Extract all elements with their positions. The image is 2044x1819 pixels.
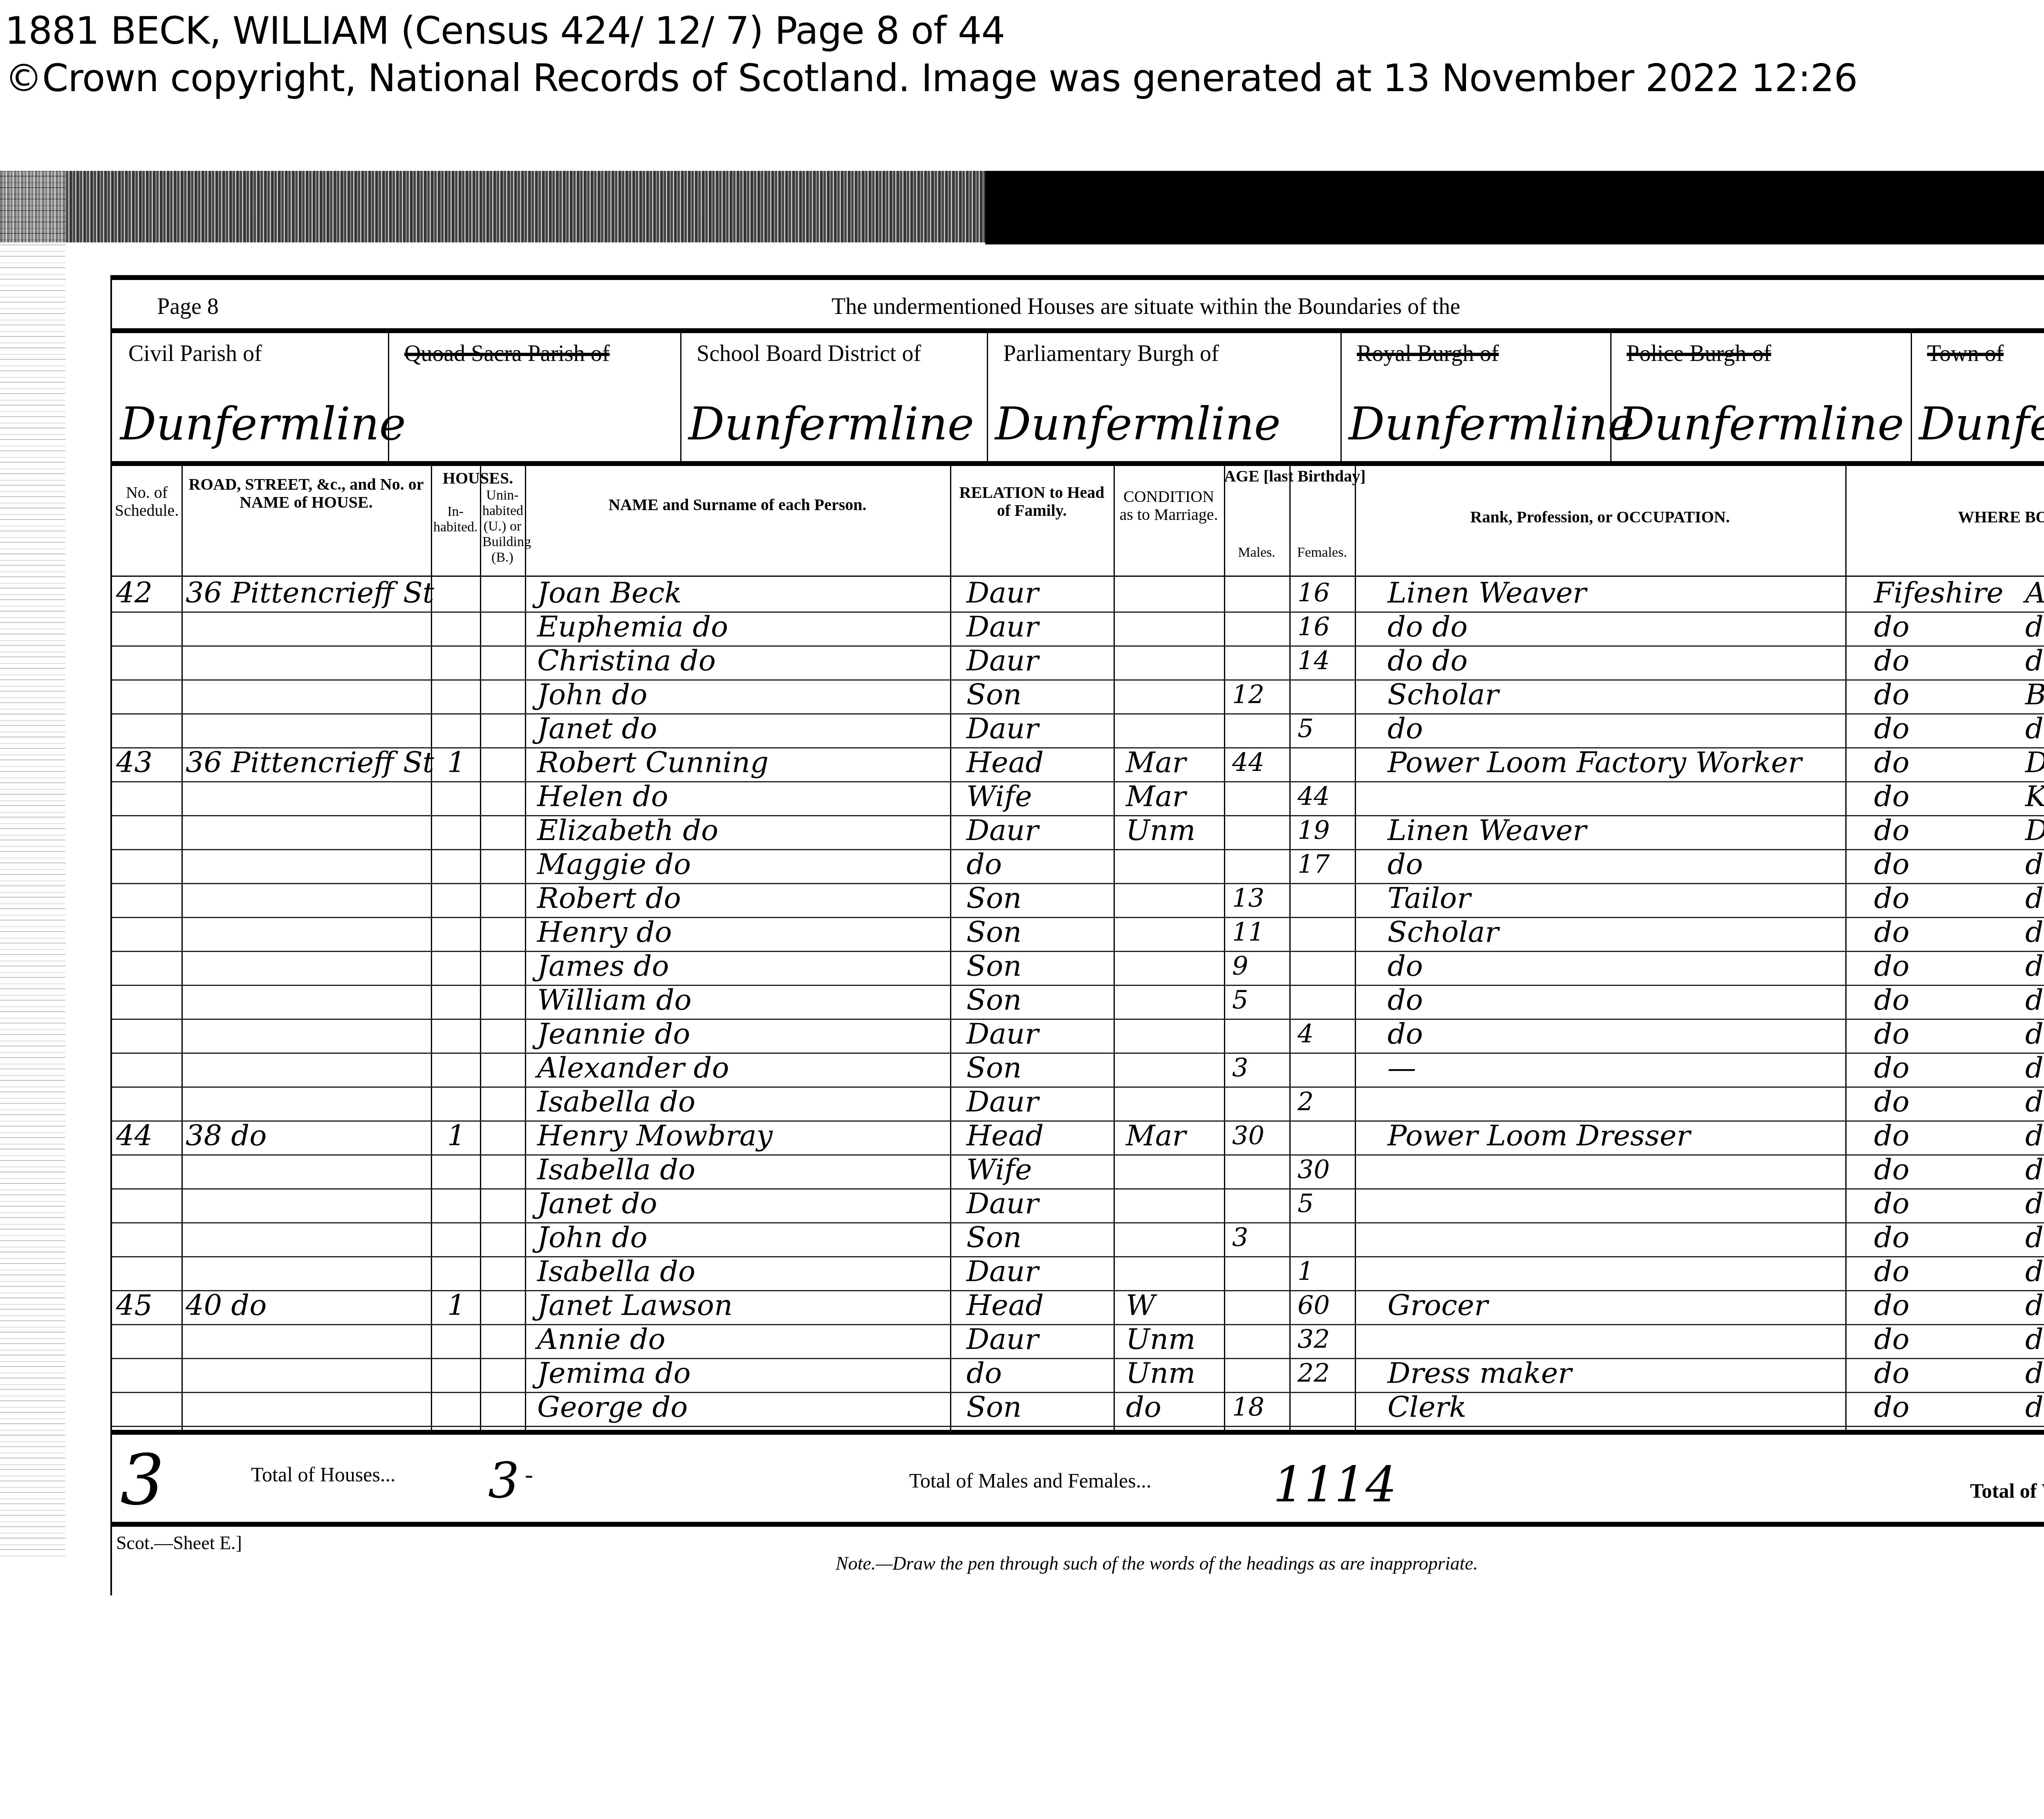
occupation: do do xyxy=(1387,608,1468,645)
row-rule xyxy=(112,1019,2044,1020)
birthplace-parish: do xyxy=(2025,1185,2044,1222)
birthplace-county: do xyxy=(1874,948,1910,984)
relation-to-head: Wife xyxy=(966,778,1032,815)
total-schedules: 3 xyxy=(120,1440,164,1521)
form-top-rule xyxy=(112,275,2044,280)
relation-to-head: Daur xyxy=(966,710,1038,747)
relation-to-head: Son xyxy=(966,1389,1022,1425)
row-rule xyxy=(112,849,2044,850)
birthplace-county: do xyxy=(1874,1083,1910,1120)
age-females-header: Females. xyxy=(1289,545,1355,560)
marital-condition: do xyxy=(1126,1389,1161,1425)
person-name: Jeannie do xyxy=(537,1015,690,1052)
occupation: Dress maker xyxy=(1387,1355,1572,1391)
birthplace-county: do xyxy=(1874,1389,1910,1425)
district-value: Dunfermline xyxy=(1618,398,1904,450)
schedule-number: 44 xyxy=(116,1117,152,1154)
birthplace-county: do xyxy=(1874,914,1910,950)
birthplace-parish: do xyxy=(2025,1287,2044,1324)
person-name: Janet Lawson xyxy=(537,1287,733,1324)
person-name: John do xyxy=(537,1219,648,1256)
birthplace-parish: do xyxy=(2025,914,2044,950)
column-divider xyxy=(480,461,481,1430)
relation-to-head: Daur xyxy=(966,642,1038,679)
person-name: Janet do xyxy=(537,1185,657,1222)
relation-to-head: Son xyxy=(966,914,1022,950)
birthplace-county: do xyxy=(1874,1117,1910,1154)
row-rule xyxy=(112,781,2044,782)
column-header-occupation: Rank, Profession, or OCCUPATION. xyxy=(1357,508,1843,526)
schedule-number: 43 xyxy=(116,744,152,781)
district-label: School Board District of xyxy=(697,341,921,367)
relation-to-head: do xyxy=(966,846,1002,883)
person-name: Henry do xyxy=(537,914,672,950)
birthplace-county: do xyxy=(1874,778,1910,815)
census-form: Page 8 The undermentioned Houses are sit… xyxy=(110,275,2044,1595)
relation-to-head: Daur xyxy=(966,1185,1038,1222)
male-age: 11 xyxy=(1232,914,1264,950)
person-name: George do xyxy=(537,1389,688,1425)
female-age: 14 xyxy=(1298,642,1330,679)
district-divider xyxy=(1340,328,1342,461)
birthplace-county: do xyxy=(1874,846,1910,883)
person-name: Isabella do xyxy=(537,1253,695,1290)
relation-to-head: Son xyxy=(966,981,1022,1018)
relation-to-head: Head xyxy=(966,1287,1044,1324)
occupation: Scholar xyxy=(1387,914,1499,950)
district-rule xyxy=(112,461,2044,466)
birthplace-county: do xyxy=(1874,642,1910,679)
female-age: 60 xyxy=(1298,1287,1330,1324)
age-males-header: Males. xyxy=(1224,545,1289,560)
person-name: Annie do xyxy=(537,1321,666,1358)
marital-condition: Unm xyxy=(1126,1355,1195,1391)
birthplace-county: do xyxy=(1874,812,1910,849)
district-divider xyxy=(1911,328,1912,461)
male-age: 3 xyxy=(1232,1219,1248,1256)
female-age: 16 xyxy=(1298,574,1330,611)
district-divider xyxy=(1610,328,1611,461)
female-age: 4 xyxy=(1298,1015,1313,1052)
person-name: Alexander do xyxy=(537,1049,729,1086)
relation-to-head: Son xyxy=(966,948,1022,984)
row-rule xyxy=(112,1154,2044,1156)
row-rule xyxy=(112,985,2044,986)
birthplace-parish: Auchterderran xyxy=(2025,574,2044,611)
relation-to-head: Daur xyxy=(966,608,1038,645)
male-age: 3 xyxy=(1232,1049,1248,1086)
birthplace-county: do xyxy=(1874,608,1910,645)
column-header-condition: CONDITION as to Marriage. xyxy=(1116,488,1221,524)
schedule-number: 45 xyxy=(116,1287,152,1324)
marital-condition: Unm xyxy=(1126,1321,1195,1358)
total-houses-label: Total of Houses... xyxy=(251,1463,395,1486)
male-age: 44 xyxy=(1232,744,1264,781)
column-header-name: NAME and Surname of each Person. xyxy=(527,496,948,514)
marital-condition: W xyxy=(1126,1287,1155,1324)
district-value: Dunfermline xyxy=(995,398,1281,450)
person-name: Isabella do xyxy=(537,1151,695,1188)
total-males: 11 xyxy=(1273,1456,1336,1513)
occupation: Tailor xyxy=(1387,880,1470,916)
marital-condition: Mar xyxy=(1126,1117,1186,1154)
female-age: 32 xyxy=(1298,1321,1330,1358)
total-persons-label: Total of Males and Females... xyxy=(909,1469,1151,1492)
occupation: do xyxy=(1387,846,1423,883)
relation-to-head: do xyxy=(966,1355,1002,1391)
person-name: James do xyxy=(537,948,669,984)
total-houses-inhabited: 3 xyxy=(488,1452,519,1509)
column-divider xyxy=(1224,461,1225,1430)
birthplace-county: do xyxy=(1874,1151,1910,1188)
relation-to-head: Wife xyxy=(966,1151,1032,1188)
relation-to-head: Son xyxy=(966,676,1022,713)
schedule-number: 42 xyxy=(116,574,152,611)
birthplace-county: do xyxy=(1874,1253,1910,1290)
district-label: Quoad Sacra Parish of xyxy=(404,341,610,367)
birthplace-parish: do xyxy=(2025,1219,2044,1256)
district-value: Dunfermline xyxy=(120,398,406,450)
person-name: John do xyxy=(537,676,648,713)
person-name: Euphemia do xyxy=(537,608,728,645)
occupation: — xyxy=(1387,1049,1416,1086)
district-value: Dunfermline xyxy=(1919,398,2044,450)
birthplace-county: do xyxy=(1874,1219,1910,1256)
row-rule xyxy=(112,1358,2044,1359)
caption-copyright: ©Crown copyright, National Records of Sc… xyxy=(5,55,1857,102)
house-address: 36 Pittencrieff St xyxy=(186,574,434,611)
district-divider xyxy=(388,328,389,461)
occupation: Grocer xyxy=(1387,1287,1488,1324)
birthplace-county: do xyxy=(1874,1049,1910,1086)
relation-to-head: Son xyxy=(966,1219,1022,1256)
birthplace-parish: do xyxy=(2025,1049,2044,1086)
marital-condition: Unm xyxy=(1126,812,1195,849)
district-value: Dunfermline xyxy=(1349,398,1634,450)
birthplace-parish: Kirkcaldy xyxy=(2025,778,2044,815)
occupation: do do xyxy=(1387,642,1468,679)
footnote: Note.—Draw the pen through such of the w… xyxy=(836,1552,1478,1574)
birthplace-county: do xyxy=(1874,1015,1910,1052)
birthplace-parish: do xyxy=(2025,710,2044,747)
female-age: 16 xyxy=(1298,608,1330,645)
column-divider xyxy=(1355,461,1356,1430)
relation-to-head: Daur xyxy=(966,1015,1038,1052)
birthplace-parish: do xyxy=(2025,608,2044,645)
male-age: 12 xyxy=(1232,676,1264,713)
birthplace-parish: do xyxy=(2025,1389,2044,1425)
occupation: Power Loom Factory Worker xyxy=(1387,744,1802,781)
row-rule xyxy=(112,1426,2044,1427)
column-header-road: ROAD, STREET, &c., and No. or NAME of HO… xyxy=(184,475,428,511)
column-divider xyxy=(950,461,951,1430)
relation-to-head: Daur xyxy=(966,1321,1038,1358)
inhabited-count: 1 xyxy=(447,1287,466,1324)
birthplace-parish: do xyxy=(2025,880,2044,916)
male-age: 30 xyxy=(1232,1117,1264,1154)
row-rule xyxy=(112,1053,2044,1054)
birthplace-parish: do xyxy=(2025,846,2044,883)
row-rule xyxy=(112,917,2044,918)
district-label: Police Burgh of xyxy=(1627,341,1771,367)
row-rule xyxy=(112,883,2044,884)
birthplace-county: do xyxy=(1874,880,1910,916)
header-rule xyxy=(112,328,2044,333)
relation-to-head: Head xyxy=(966,1117,1044,1154)
male-age: 18 xyxy=(1232,1389,1264,1425)
totals-top-rule xyxy=(112,1430,2044,1435)
row-rule xyxy=(112,1324,2044,1325)
caption-title: 1881 BECK, WILLIAM (Census 424/ 12/ 7) P… xyxy=(5,7,1005,55)
person-name: Isabella do xyxy=(537,1083,695,1120)
male-age: 9 xyxy=(1232,948,1248,984)
birthplace-county: Fifeshire xyxy=(1874,574,2004,611)
column-header-uninhabited: Unin-habited (U.) or Building (B.) xyxy=(482,488,522,565)
occupation: Power Loom Dresser xyxy=(1387,1117,1690,1154)
birthplace-parish: do xyxy=(2025,642,2044,679)
column-divider xyxy=(1289,461,1291,1430)
person-name: Joan Beck xyxy=(537,574,682,611)
birthplace-county: do xyxy=(1874,676,1910,713)
female-age: 5 xyxy=(1298,1185,1313,1222)
row-rule xyxy=(112,1188,2044,1190)
birthplace-county: do xyxy=(1874,1321,1910,1358)
female-age: 5 xyxy=(1298,710,1313,747)
female-age: 2 xyxy=(1298,1083,1313,1120)
birthplace-parish: do xyxy=(2025,1321,2044,1358)
inhabited-count: 1 xyxy=(447,744,466,781)
relation-to-head: Son xyxy=(966,880,1022,916)
houses-group-header: HOUSES. xyxy=(431,469,525,487)
column-divider xyxy=(182,461,183,1430)
person-name: William do xyxy=(537,981,692,1018)
census-scan: Page 8 The undermentioned Houses are sit… xyxy=(0,171,2044,1819)
birthplace-county: do xyxy=(1874,1185,1910,1222)
house-address: 40 do xyxy=(186,1287,267,1324)
female-age: 30 xyxy=(1298,1151,1330,1188)
male-age: 5 xyxy=(1232,981,1248,1018)
birthplace-parish: do xyxy=(2025,1015,2044,1052)
row-rule xyxy=(112,679,2044,681)
birthplace-county: do xyxy=(1874,744,1910,781)
district-label: Civil Parish of xyxy=(128,341,262,367)
female-age: 17 xyxy=(1298,846,1330,883)
page-label: Page 8 xyxy=(157,293,219,320)
row-rule xyxy=(112,1120,2044,1122)
relation-to-head: Daur xyxy=(966,812,1038,849)
birthplace-county: do xyxy=(1874,1287,1910,1324)
scan-noise xyxy=(0,171,985,242)
occupation: Clerk xyxy=(1387,1389,1466,1425)
column-header-schedule: No. of Schedule. xyxy=(114,484,179,520)
district-label: Parliamentary Burgh of xyxy=(1003,341,1219,367)
occupation: Scholar xyxy=(1387,676,1499,713)
house-address: 36 Pittencrieff St xyxy=(186,744,434,781)
birthplace-parish: Ballingry xyxy=(2025,676,2044,713)
column-divider xyxy=(1114,461,1115,1430)
relation-to-head: Daur xyxy=(966,1253,1038,1290)
relation-to-head: Daur xyxy=(966,1083,1038,1120)
occupation: do xyxy=(1387,981,1423,1018)
occupation: Linen Weaver xyxy=(1387,574,1587,611)
occupation: do xyxy=(1387,1015,1423,1052)
boundaries-heading: The undermentioned Houses are situate wi… xyxy=(831,293,1460,320)
relation-to-head: Son xyxy=(966,1049,1022,1086)
person-name: Helen do xyxy=(537,778,668,815)
age-group-header: AGE [last Birthday] xyxy=(1224,467,1355,485)
birthplace-parish: do xyxy=(2025,981,2044,1018)
district-divider xyxy=(987,328,988,461)
totals-bottom-rule xyxy=(112,1522,2044,1527)
occupation: do xyxy=(1387,710,1423,747)
person-name: Maggie do xyxy=(537,846,691,883)
row-rule xyxy=(112,1392,2044,1393)
occupation: do xyxy=(1387,948,1423,984)
female-age: 19 xyxy=(1298,812,1330,849)
row-rule xyxy=(112,1256,2044,1257)
row-rule xyxy=(112,1086,2044,1088)
birthplace-parish: Dunfermline xyxy=(2025,812,2044,849)
total-females: 14 xyxy=(1334,1456,1397,1513)
female-age: 44 xyxy=(1298,778,1330,815)
row-rule xyxy=(112,1290,2044,1291)
birthplace-parish: do xyxy=(2025,1117,2044,1154)
birthplace-parish: do xyxy=(2025,948,2044,984)
person-name: Henry Mowbray xyxy=(537,1117,773,1154)
birthplace-county: do xyxy=(1874,710,1910,747)
inhabited-count: 1 xyxy=(447,1117,466,1154)
female-age: 22 xyxy=(1298,1355,1330,1391)
district-divider xyxy=(680,328,681,461)
occupation: Linen Weaver xyxy=(1387,812,1587,849)
row-rule xyxy=(112,951,2044,952)
total-rooms-label: Total of Windowed Rooms... xyxy=(1970,1479,2044,1503)
scan-edge-noise xyxy=(0,171,65,1561)
house-address: 38 do xyxy=(186,1117,267,1154)
district-label: Town of xyxy=(1927,341,2004,367)
relation-to-head: Daur xyxy=(966,574,1038,611)
column-divider xyxy=(1845,461,1847,1430)
row-rule xyxy=(112,815,2044,816)
birthplace-parish: do xyxy=(2025,1355,2044,1391)
column-header-where-born: WHERE BORN. xyxy=(1848,508,2044,526)
column-divider xyxy=(525,461,526,1430)
district-value: Dunfermline xyxy=(688,398,974,450)
sheet-label: Scot.—Sheet E.] xyxy=(116,1532,242,1554)
marital-condition: Mar xyxy=(1126,778,1186,815)
person-name: Christina do xyxy=(537,642,716,679)
birthplace-parish: Dunfermline xyxy=(2025,744,2044,781)
birthplace-parish: do xyxy=(2025,1083,2044,1120)
male-age: 13 xyxy=(1232,880,1264,916)
female-age: 1 xyxy=(1298,1253,1313,1290)
birthplace-parish: do xyxy=(2025,1253,2044,1290)
row-rule xyxy=(112,645,2044,647)
row-rule xyxy=(112,612,2044,613)
scan-black-border xyxy=(985,171,2044,244)
person-name: Robert Cunning xyxy=(537,744,769,781)
person-name: Elizabeth do xyxy=(537,812,718,849)
column-header-relation: RELATION to Head of Family. xyxy=(953,484,1111,520)
row-rule xyxy=(112,1222,2044,1223)
birthplace-county: do xyxy=(1874,1355,1910,1391)
person-name: Robert do xyxy=(537,880,681,916)
total-houses-uninhabited: - xyxy=(525,1461,533,1489)
birthplace-county: do xyxy=(1874,981,1910,1018)
row-rule xyxy=(112,713,2044,715)
column-header-inhabited: In-habited. xyxy=(433,504,477,535)
marital-condition: Mar xyxy=(1126,744,1186,781)
district-label: Royal Burgh of xyxy=(1357,341,1499,367)
person-name: Janet do xyxy=(537,710,657,747)
person-name: Jemima do xyxy=(537,1355,691,1391)
birthplace-parish: do xyxy=(2025,1151,2044,1188)
relation-to-head: Head xyxy=(966,744,1044,781)
